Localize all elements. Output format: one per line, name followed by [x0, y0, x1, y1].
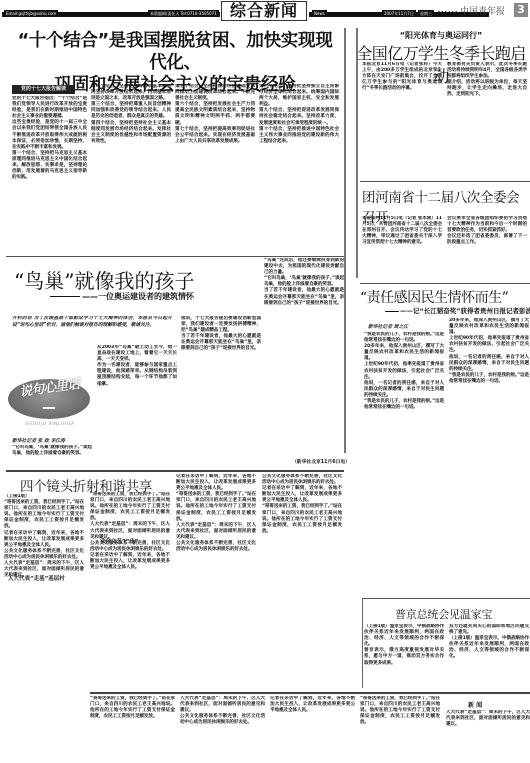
badge-pinyin: SHUOJU XINLIHUA — [12, 422, 88, 427]
putin-headline: 普京总统会见温家宝 — [395, 606, 530, 622]
henan-column-1: 本报郑州11月5日电（记者 张本刚）11月5日，共青团河南省十二届八次全委会在郑… — [362, 216, 442, 280]
issue-weekday: 星期三 — [418, 10, 434, 17]
paragraph: 人大代表“走基层”：周末的下午，区人大代表来到社区，面对面倾听居民的意见和建议。 — [446, 710, 530, 728]
paragraph: 第九个结合，坚持把促进改革发展同保持社会稳定结合起来。坚持改革力度、发展速度和社… — [259, 108, 339, 126]
responsibility-headline: “责任感因民生情怀而生” — [360, 287, 530, 307]
paragraph: 20多年来，他深入贵州山区，撰写了大量反映农村改革和农民生活的新闻报道。 — [364, 344, 444, 362]
paragraph: 第十个结合，坚持把推进中国特色社会主义伟大事业同推进党的建设新的伟大工程结合起来… — [259, 127, 339, 145]
section-en-label: News — [312, 10, 327, 17]
paragraph: 上世纪90年代初，他率先报道了贵州省农村扶贫开发的做法，引起社会广泛关注。 — [449, 336, 529, 354]
bird-nest-column-4: “鸟巢”完成后，他还要继续投身到新的建设中去，为祖国的现代化建设贡献自己的力量。… — [264, 258, 344, 458]
four-lenses-column-6: 人大代表“走基层”：周末的下午，区人大代表来到社区，面对面倾听居民的意见和建议。… — [180, 696, 265, 763]
paragraph: 第四个结合，坚持把坚持社会主义基本制度同发展市场经济结合起来。发挥社会主义制度的… — [91, 121, 171, 145]
paragraph: 第五个结合，坚持把推动经济基础变革同推动上层建筑改革结合起来。不断完善社会主义制… — [175, 84, 255, 102]
henan-column-2: 会议要求全省各级团组织要把学习贯彻十七大精神作为当前和今后一个时期的首要政治任务… — [447, 216, 527, 280]
four-lenses-column-9: 人大代表“走基层”：周末的下午，区人大代表来到社区，面对面倾听居民的意见和建议。 — [446, 710, 530, 763]
paragraph: 人大代表“走基层”：周末的下午，区人大代表来到社区，面对面倾听居民的意见和建议。 — [180, 696, 265, 714]
paragraph: （上接1版）温家宝表示，中俄战略协作伙伴关系近年来发展顺利，两国在政治、经济、人… — [364, 624, 444, 648]
paragraph: 当了若干年建设者，他最大的心愿就是在奥运会开幕那天能坐在“鸟巢”里，亲眼看到自己… — [181, 334, 261, 352]
four-lenses-column-8: “哥哥送来的工资，我已经到手了。”站在家门口，来自四川的农民工老王高兴地说。他所… — [360, 696, 440, 763]
four-lenses-column-3: 记者在采访中了解到，近年来，各地不断加大民生投入，让改革发展成果更多更公平地惠及… — [176, 474, 256, 690]
paragraph: “我是农民的儿子，农村是我的根。”这是他常常挂在嘴边的一句话。 — [364, 332, 444, 344]
paragraph: 他说，一名记者的责任感，来自于对人民群众的深厚感情，来自于对民生问题的持续关注。 — [364, 381, 444, 399]
paragraph: 公共文化服务体系不断完善，社区文化活动中心成为居民休闲娱乐的好去处。 — [262, 474, 342, 486]
four-lenses-column-5: “哥哥送来的工资，我已经到手了。”站在家门口，来自四川的农民工老王高兴地说。他所… — [90, 696, 175, 763]
four-lenses-subhead-2: 业余文艺””庄” — [100, 537, 138, 545]
paragraph: 他说，一名记者的责任感，来自于对人民群众的深厚感情，来自于对民生问题的持续关注。 — [449, 355, 529, 373]
putin-column-2: 双方还就共同关心的国际和地区问题交换了意见。 （上接1版）温家宝表示，中俄战略协… — [449, 624, 529, 670]
bird-nest-subheadline: ——一位奥运建设者的建筑情怀 — [50, 291, 270, 302]
four-lenses-column-1: （上接1版） “哥哥送来的工资，我已经到手了。”站在家门口，来自四川的农民工老王… — [4, 494, 84, 763]
divider — [6, 470, 344, 472]
winter-run-column-1: 本报北京11月6日电（记者张科）今天上午，由200多万学生组成的北京学生方阵在天… — [362, 62, 442, 177]
putin-column-1: （上接1版）温家宝表示，中俄战略协作伙伴关系近年来发展顺利，两国在政治、经济、人… — [364, 624, 444, 670]
paragraph: 会议要求全省各级团组织要把学习贯彻十七大精神作为当前和今后一个时期的首要政治任务… — [447, 216, 527, 234]
badge-dash — [43, 407, 55, 409]
paragraph: “它叫鸟巢，‘鸟巢’就像我的孩子。”谈起鸟巢，他的脸上洋溢着自豪的笑容。 — [12, 445, 92, 457]
lead-column-3: 第五个结合，坚持把推动经济基础变革同推动上层建筑改革结合起来。不断完善社会主义制… — [175, 84, 255, 248]
paragraph: 当了若干年建设者，他最大的心愿就是在奥运会开幕那天能坐在“鸟巢”里，亲眼看到自己… — [264, 288, 344, 306]
lead-column-4: 第八个结合，坚持把坚持独立自主同参与经济全球化结合起来。统筹国内国际两个大局，维… — [259, 84, 339, 248]
masthead-email: Email:gsjtfsjb@sohu.com — [4, 10, 58, 17]
paragraph: “它叫鸟巢，‘鸟巢’就像我的孩子。”谈起鸟巢，他的脸上洋溢着自豪的笑容。 — [264, 276, 344, 288]
column-divider-right — [344, 28, 346, 453]
bird-nest-column-1: “它叫鸟巢，‘鸟巢’就像我的孩子。”谈起鸟巢，他的脸上洋溢着自豪的笑容。 — [12, 445, 92, 467]
paragraph: “哥哥送来的工资，我已经到手了。”站在家门口，来自四川的农民工老王高兴地说。他所… — [262, 504, 342, 534]
paragraph: 教育部有关负责人表示，此次冬季长跑活动将持续到明年4月，全国各级各类学校都将组织… — [447, 62, 527, 80]
paragraph: 第一个结合，坚持把马克思主义基本原理同推进马克思主义中国化结合起来。解放思想、实… — [12, 151, 87, 181]
paragraph: “我是农民的儿子，农村是我的根。”这是他常常挂在嘴边的一句话。 — [364, 399, 444, 411]
paragraph: 记者在采访中了解到，近年来，各地不断加大民生投入，让改革发展成果更多更公平地惠及… — [262, 486, 342, 504]
divider — [362, 598, 530, 599]
divider — [360, 283, 530, 284]
paragraph: 作为一名建设者，能够参与国家重点工程建设，他深感荣幸。从钢结构吊装到屋顶膜结构安… — [97, 363, 177, 387]
four-lenses-column-2: “哥哥送来的工资，我已经到手了。”站在家门口，来自四川的农民工老王高兴地说。他所… — [90, 492, 170, 690]
paragraph: “鸟巢”完成后，他还要继续投身到新的建设中去，为祖国的现代化建设贡献自己的力量。 — [264, 258, 344, 276]
paragraph: 从2003年“鸟巢”破土动工至今，他一直奋战在建设工地上，看着它一天天长高、一天… — [97, 345, 177, 363]
responsibility-subheadline: ——记“长江韬奋奖”获得者贵州日报记者彭波 — [385, 306, 530, 315]
lead-subhead: 党的十七大报告解读 — [12, 85, 75, 94]
paragraph: 记者在采访中了解到，近年来，各地不断加大民生投入，让改革发展成果更多更公平地惠及… — [90, 553, 170, 571]
paragraph: （上接1版）温家宝表示，中俄战略协作伙伴关系近年来发展顺利，两国在政治、经济、人… — [449, 636, 529, 660]
bird-nest-column-3: 他说，十七大报告提出要建设创新型国家，我们建设者一定要发扬拼搏精神，把“鸟巢”建… — [181, 316, 261, 467]
lead-column-1: 党的十七大报告指出：“十个结合”是我们党领导人民进行改革开放的宝贵经验，是我们在… — [12, 96, 87, 248]
winter-run-kicker: “阳光体育与奥运同行” — [352, 30, 530, 41]
responsibility-column-2: 20多年来，他深入贵州山区，撰写了大量反映农村改革和农民生活的新闻报道。 上世纪… — [449, 318, 529, 594]
paragraph: 双方还就共同关心的国际和地区问题交换了意见。 — [449, 624, 529, 636]
paragraph: 普京表示，俄方高度重视发展对华关系，愿与中方一道，推动双方务实合作取得更多成果。 — [364, 648, 444, 666]
paragraph: 人大代表“走基层”：周末的下午，区人大代表来到社区，面对面倾听居民的意见和建议。 — [176, 523, 256, 541]
four-lenses-subhead-1: 人大代表“走基”基层村 — [8, 574, 65, 582]
paragraph: 记者在采访中了解到，近年来，各地不断加大民生投入，让改革发展成果更多更公平地惠及… — [270, 696, 355, 714]
responsibility-byline: 新华社记者 周之江 — [368, 323, 408, 330]
column-badge: 说句心里话 SHUOJU XINLIHUA — [8, 375, 90, 433]
divider — [90, 692, 530, 694]
paragraph: 第六个结合，坚持把发展社会生产力同提高全民族文明素质结合起来，坚持物质文明和精神… — [175, 102, 255, 126]
paragraph: “哥哥送来的工资，我已经到手了。”站在家门口，来自四川的农民工老王高兴地说。他所… — [176, 492, 256, 522]
paragraph: 会议还补选了团省委委员，部署了下一阶段重点工作。 — [447, 234, 527, 246]
paragraph: 本报郑州11月5日电（记者 张本刚）11月5日，共青团河南省十二届八次全委会在郑… — [362, 216, 442, 246]
section-title: 综合新闻 — [221, 1, 307, 21]
bird-nest-byline: 新华社记者 张 政 李江涛 — [12, 437, 65, 444]
paper-logo: 中国青年报 — [460, 4, 505, 17]
paragraph: “哥哥送来的工资，我已经到手了。”站在家门口，来自四川的农民工老王高兴地说。他所… — [90, 492, 170, 522]
paragraph: 这些宝贵经验，是党的十一届三中全会以来我们党团结带领全国各族人民不断推进改革开放… — [12, 120, 87, 150]
four-lenses-right-subhead: 新 闻 — [468, 700, 482, 709]
paragraph: “哥哥送来的工资，我已经到手了。”站在家门口，来自四川的农民工老王高兴地说。他所… — [360, 696, 440, 726]
paragraph: “哥哥送来的工资，我已经到手了。”站在家门口，来自四川的农民工老王高兴地说。他所… — [90, 696, 175, 720]
paragraph: “我是农民的儿子，农村是我的根。”这是他常常挂在嘴边的一句话。 — [449, 373, 529, 385]
paragraph: 公共文化服务体系不断完善，社区文化活动中心成为居民休闲娱乐的好去处。 — [4, 549, 84, 561]
paragraph: 上世纪90年代初，他率先报道了贵州省农村扶贫开发的做法，引起社会广泛关注。 — [364, 362, 444, 380]
paragraph: 本报北京11月6日电（记者张科）今天上午，由200多万学生组成的北京学生方阵在天… — [362, 62, 442, 92]
paragraph: “哥哥送来的工资，我已经到手了。”站在家门口，来自四川的农民工老王高兴地说。他所… — [4, 500, 84, 530]
paragraph: 第八个结合，坚持把坚持独立自主同参与经济全球化结合起来。统筹国内国际两个大局，维… — [259, 84, 339, 108]
paragraph: 第二个结合，坚持把坚持四项基本原则同坚持改革开放结合起来。四项基本原则是立国之本… — [91, 84, 171, 102]
paragraph: 记者在采访中了解到，近年来，各地不断加大民生投入，让改革发展成果更多更公平地惠及… — [4, 531, 84, 549]
four-lenses-column-4: 公共文化服务体系不断完善，社区文化活动中心成为居民休闲娱乐的好去处。 记者在采访… — [262, 474, 342, 690]
four-lenses-column-7: 记者在采访中了解到，近年来，各地不断加大民生投入，让改革发展成果更多更公平地惠及… — [270, 696, 355, 763]
divider — [6, 256, 344, 257]
paragraph: 20多年来，他深入贵州山区，撰写了大量反映农村改革和农民生活的新闻报道。 — [449, 318, 529, 336]
bird-nest-dateline: （新华社北京11月6日电） — [292, 458, 350, 465]
lead-headline-line1: “十个结合”是我国摆脱贫困、加快实现现代化、 — [10, 30, 340, 74]
paragraph: 公共文化服务体系不断完善，社区文化活动中心成为居民休闲娱乐的好去处。 — [176, 541, 256, 553]
masthead-editor-info: 本版编辑/责任人 Tel:0710-3505071 — [148, 10, 219, 17]
paragraph: 第七个结合，坚持把提高效率同促进社会公平结合起来。实现在经济发展基础上由广大人民… — [175, 127, 255, 145]
divider — [360, 181, 530, 182]
paragraph: 据介绍，活动将以班级为单位，每天坚持跑步，让学生走向操场、走进大自然、走到阳光下… — [447, 80, 527, 98]
masthead: Email:gsjtfsjb@sohu.com 本版编辑/责任人 Tel:071… — [0, 0, 530, 22]
bird-nest-column-2: 从2003年“鸟巢”破土动工至今，他一直奋战在建设工地上，看着它一天天长高、一天… — [97, 345, 177, 467]
page-number: 3 — [514, 3, 528, 17]
paragraph: 第三个结合，坚持把尊重人民首创精神同加强和改善党的领导结合起来。人民是历史的创造… — [91, 102, 171, 120]
column-divider — [362, 598, 363, 688]
bird-nest-headline: “鸟巢”就像我的孩子 — [14, 265, 254, 294]
lead-column-2: 第二个结合，坚持把坚持四项基本原则同坚持改革开放结合起来。四项基本原则是立国之本… — [91, 84, 171, 248]
paragraph: 记者在采访中了解到，近年来，各地不断加大民生投入，让改革发展成果更多更公平地惠及… — [176, 474, 256, 492]
winter-run-column-2: 教育部有关负责人表示，此次冬季长跑活动将持续到明年4月，全国各级各类学校都将组织… — [447, 62, 527, 177]
paragraph: 他说，十七大报告提出要建设创新型国家，我们建设者一定要发扬拼搏精神，把“鸟巢”建… — [181, 316, 261, 334]
responsibility-column-1: “我是农民的儿子，农村是我的根。”这是他常常挂在嘴边的一句话。 20多年来，他深… — [364, 332, 444, 594]
issue-date: 2007年11月7日 — [382, 10, 416, 17]
paragraph: 公共文化服务体系不断完善，社区文化活动中心成为居民休闲娱乐的好去处。 — [180, 714, 265, 726]
masthead-hatch-decoration — [438, 11, 458, 17]
paragraph: 党的十七大报告指出：“十个结合”是我们党领导人民进行改革开放的宝贵经验，是我们在… — [12, 96, 87, 120]
